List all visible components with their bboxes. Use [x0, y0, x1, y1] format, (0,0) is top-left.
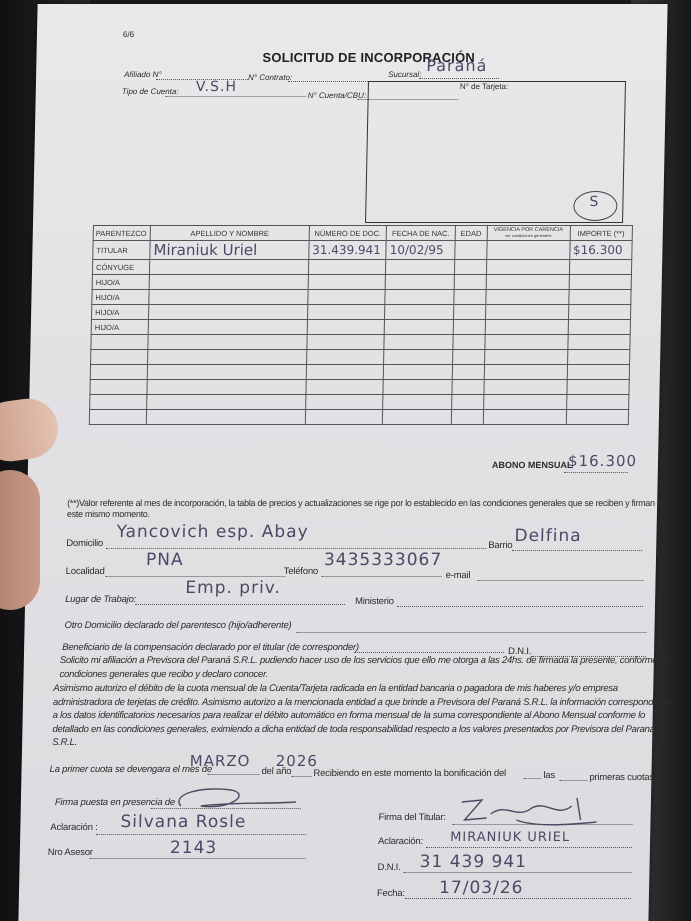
- cell-edad[interactable]: [454, 260, 486, 275]
- cell-edad[interactable]: [451, 395, 483, 410]
- table-row: [90, 395, 629, 410]
- cell-vigencia[interactable]: [485, 320, 568, 335]
- cell-vigencia[interactable]: [485, 305, 568, 320]
- table-row: HIJO/A: [91, 305, 630, 320]
- cuota-mes-value: MARZO: [190, 752, 251, 770]
- asesor-value: 2143: [170, 838, 218, 858]
- cell-nombre[interactable]: [148, 320, 307, 335]
- cell-vigencia[interactable]: [483, 395, 566, 410]
- cell-doc[interactable]: 31.439.941: [308, 241, 386, 260]
- asesor-field[interactable]: [90, 858, 306, 859]
- cuota-suffix: primeras cuotas.-: [589, 772, 659, 783]
- cell-vigencia[interactable]: [484, 350, 567, 365]
- cuota-middle: Recibiendo en este momento la bonificaci…: [313, 768, 506, 779]
- telefono-label: Teléfono: [284, 566, 319, 577]
- cell-nombre[interactable]: [147, 395, 306, 410]
- cell-vigencia[interactable]: [484, 365, 567, 380]
- otro-domicilio-field[interactable]: [296, 632, 646, 633]
- cell-nac[interactable]: [383, 380, 452, 395]
- cell-nombre[interactable]: [146, 410, 305, 425]
- table-row: [91, 335, 630, 350]
- cell-importe[interactable]: [566, 380, 629, 395]
- table-row: CÓNYUGE: [92, 260, 631, 275]
- cell-parentezco: [90, 395, 147, 410]
- circled-mark-letter: S: [589, 194, 599, 210]
- col-importe: IMPORTE (**): [570, 226, 633, 241]
- sucursal-label: Sucursal:: [388, 70, 422, 79]
- cell-parentezco: [91, 350, 148, 365]
- cell-edad[interactable]: [455, 241, 487, 260]
- cuota-las-label: las: [543, 770, 555, 781]
- cell-importe[interactable]: [567, 350, 630, 365]
- cell-edad[interactable]: [451, 410, 483, 425]
- telefono-field[interactable]: [322, 576, 442, 577]
- cell-doc[interactable]: [306, 380, 384, 395]
- table-row: [89, 410, 628, 425]
- table-row: TITULARMiraniuk Uriel31.439.94110/02/95$…: [93, 241, 632, 260]
- presencia-label: Firma puesta en presencia de: [55, 797, 175, 808]
- cell-doc[interactable]: [305, 395, 383, 410]
- abono-label: ABONO MENSUAL: [492, 460, 573, 470]
- cell-nombre[interactable]: [148, 335, 307, 350]
- barrio-field[interactable]: [512, 550, 642, 551]
- fecha-label: Fecha:: [377, 888, 405, 899]
- bonificacion-field[interactable]: [523, 778, 541, 779]
- family-table: PARENTEZCO APELLIDO Y NOMBRE NÚMERO DE D…: [89, 225, 633, 425]
- cell-nac[interactable]: [383, 410, 452, 425]
- cell-importe[interactable]: $16.300: [569, 241, 632, 260]
- cell-doc[interactable]: [306, 350, 384, 365]
- cell-doc[interactable]: [308, 260, 386, 275]
- trabajo-field[interactable]: [135, 604, 345, 605]
- asesor-label: Nro Asesor: [48, 847, 93, 858]
- cell-nac[interactable]: [384, 320, 453, 335]
- email-label: e-mail: [446, 570, 471, 581]
- cell-nombre[interactable]: [148, 350, 307, 365]
- cell-parentezco: TITULAR: [93, 241, 150, 260]
- col-parentezco: PARENTEZCO: [93, 226, 150, 241]
- cell-parentezco: HIJO/A: [91, 320, 148, 335]
- titular-dni-value: 31 439 941: [419, 852, 527, 872]
- cell-importe[interactable]: [566, 395, 629, 410]
- cell-parentezco: HIJO/A: [92, 275, 149, 290]
- cell-parentezco: HIJO/A: [92, 290, 149, 305]
- cuotas-count-field[interactable]: [559, 780, 587, 781]
- ministerio-label: Ministerio: [355, 596, 394, 607]
- cell-doc[interactable]: [306, 365, 384, 380]
- titular-signature-label: Firma del Titular:: [378, 812, 445, 823]
- cell-importe[interactable]: [566, 410, 629, 425]
- abono-value: $16.300: [568, 452, 637, 470]
- cell-importe[interactable]: [567, 365, 630, 380]
- afiliado-label: Afiliado N°: [124, 70, 162, 79]
- col-nombre: APELLIDO Y NOMBRE: [150, 226, 309, 241]
- titular-dni-field[interactable]: [403, 872, 631, 873]
- col-edad: EDAD: [455, 226, 487, 241]
- cell-doc[interactable]: [308, 290, 386, 305]
- titular-aclaracion-value: MIRANIUK URIEL: [450, 830, 570, 845]
- cell-nac[interactable]: 10/02/95: [386, 241, 455, 260]
- cell-importe[interactable]: [568, 320, 631, 335]
- cell-importe[interactable]: [567, 335, 630, 350]
- cell-nac[interactable]: [383, 365, 452, 380]
- cell-edad[interactable]: [452, 350, 484, 365]
- cell-vigencia[interactable]: [484, 335, 567, 350]
- cell-nombre[interactable]: [147, 380, 306, 395]
- cell-edad[interactable]: [452, 380, 484, 395]
- table-header-row: PARENTEZCO APELLIDO Y NOMBRE NÚMERO DE D…: [93, 226, 632, 241]
- trabajo-value: Emp. priv.: [185, 578, 281, 598]
- domicilio-label: Domicilio: [66, 538, 103, 549]
- cell-parentezco: [89, 410, 146, 425]
- tipo-cuenta-value: V.S.H: [196, 79, 237, 95]
- cell-doc[interactable]: [308, 275, 386, 290]
- cell-parentezco: [91, 335, 148, 350]
- cell-parentezco: [90, 365, 147, 380]
- cell-nac[interactable]: [383, 395, 452, 410]
- presencia-aclaracion-value: Silvana Rosle: [120, 812, 246, 832]
- abono-field[interactable]: [564, 472, 628, 473]
- trabajo-label: Lugar de Trabajo:: [65, 594, 136, 605]
- barrio-value: Delfina: [514, 526, 582, 546]
- table-row: [90, 365, 629, 380]
- cell-doc[interactable]: [307, 305, 385, 320]
- cell-importe[interactable]: [568, 305, 631, 320]
- cell-vigencia[interactable]: [486, 260, 569, 275]
- cell-edad[interactable]: [453, 320, 485, 335]
- cell-doc[interactable]: [305, 410, 383, 425]
- email-field[interactable]: [478, 580, 644, 581]
- localidad-label: Localidad: [66, 566, 105, 577]
- cell-edad[interactable]: [452, 365, 484, 380]
- cell-nac[interactable]: [385, 305, 454, 320]
- col-nac: FECHA DE NAC.: [386, 226, 455, 241]
- cuota-anio-field[interactable]: [291, 776, 311, 777]
- cell-nac[interactable]: [384, 350, 453, 365]
- cell-vigencia[interactable]: [486, 275, 569, 290]
- presencia-aclaracion-label: Aclaración :: [50, 822, 97, 833]
- cuota-mes-field[interactable]: [207, 774, 259, 775]
- cell-nombre[interactable]: [147, 365, 306, 380]
- localidad-field[interactable]: [106, 576, 286, 577]
- telefono-value: 3435333067: [324, 550, 443, 570]
- form-sheet: 6/6 SOLICITUD DE INCORPORACIÓN Afiliado …: [18, 4, 667, 921]
- domicilio-field[interactable]: [106, 548, 486, 549]
- sucursal-value: Paraná: [426, 56, 487, 75]
- barrio-label: Barrio: [488, 540, 512, 551]
- col-doc: NÚMERO DE DOC.: [309, 226, 387, 241]
- table-row: HIJO/A: [92, 290, 631, 305]
- cell-nac[interactable]: [385, 275, 454, 290]
- tipo-cuenta-label: Tipo de Cuenta:: [122, 87, 179, 96]
- table-row: HIJO/A: [92, 275, 631, 290]
- cell-vigencia[interactable]: [485, 290, 568, 305]
- cuota-prefix: La primer cuota se devengara el mes de: [49, 764, 212, 775]
- presencia-aclaracion-field[interactable]: [96, 834, 306, 835]
- cell-edad[interactable]: [453, 335, 485, 350]
- table-row: [90, 380, 629, 395]
- cell-nombre[interactable]: [149, 290, 308, 305]
- sucursal-field[interactable]: [419, 78, 499, 79]
- beneficiario-field[interactable]: [354, 652, 504, 653]
- cell-vigencia[interactable]: [486, 241, 569, 260]
- beneficiario-label: Beneficiario de la compensación declarad…: [62, 642, 359, 653]
- titular-dni-label: D.N.I.: [377, 862, 400, 873]
- localidad-value: PNA: [146, 550, 184, 570]
- cell-doc[interactable]: [307, 335, 385, 350]
- cell-nombre[interactable]: [149, 275, 308, 290]
- hand: [0, 470, 40, 610]
- cell-nac[interactable]: [384, 335, 453, 350]
- cell-parentezco: [90, 380, 147, 395]
- legal-authorization: Asimismo autorizo el débito de la cuota …: [52, 682, 675, 750]
- cell-nac[interactable]: [385, 290, 454, 305]
- cell-vigencia[interactable]: [484, 380, 567, 395]
- contrato-label: N° Contrato:: [248, 73, 292, 82]
- page-number: 6/6: [123, 30, 134, 39]
- legal-affiliation: Solicito mi afiliación a Previsora del P…: [59, 654, 676, 681]
- titular-aclaracion-label: Aclaración:: [378, 836, 423, 847]
- cell-nombre[interactable]: [149, 260, 308, 275]
- cuota-anio-value: 2026: [276, 752, 319, 770]
- col-vigencia-note: ver condiciones generales: [505, 233, 552, 238]
- titular-aclaracion-field[interactable]: [426, 847, 632, 848]
- cell-importe[interactable]: [569, 275, 632, 290]
- cell-nombre[interactable]: Miraniuk Uriel: [150, 241, 309, 260]
- cell-nac[interactable]: [386, 260, 455, 275]
- tipo-cuenta-field[interactable]: [166, 96, 306, 97]
- domicilio-value: Yancovich esp. Abay: [116, 522, 309, 542]
- cell-parentezco: CÓNYUGE: [92, 260, 149, 275]
- cell-importe[interactable]: [569, 260, 632, 275]
- table-row: [91, 350, 630, 365]
- cell-importe[interactable]: [568, 290, 631, 305]
- cell-edad[interactable]: [454, 290, 486, 305]
- ministerio-field[interactable]: [397, 606, 643, 607]
- cell-vigencia[interactable]: [483, 410, 566, 425]
- fecha-field[interactable]: [405, 898, 631, 899]
- titular-signature-scribble: [456, 794, 607, 830]
- cell-parentezco: HIJO/A: [91, 305, 148, 320]
- cell-doc[interactable]: [307, 320, 385, 335]
- fecha-value: 17/03/26: [439, 878, 524, 898]
- footnote: (**)Valor referente al mes de incorporac…: [67, 498, 667, 520]
- cell-nombre[interactable]: [149, 305, 308, 320]
- table-row: HIJO/A: [91, 320, 630, 335]
- otro-domicilio-label: Otro Domicilio declarado del parentesco …: [64, 620, 291, 631]
- cell-edad[interactable]: [454, 275, 486, 290]
- cell-edad[interactable]: [453, 305, 485, 320]
- col-vigencia: VIGENCIA POR CARENCIAver condiciones gen…: [487, 226, 570, 241]
